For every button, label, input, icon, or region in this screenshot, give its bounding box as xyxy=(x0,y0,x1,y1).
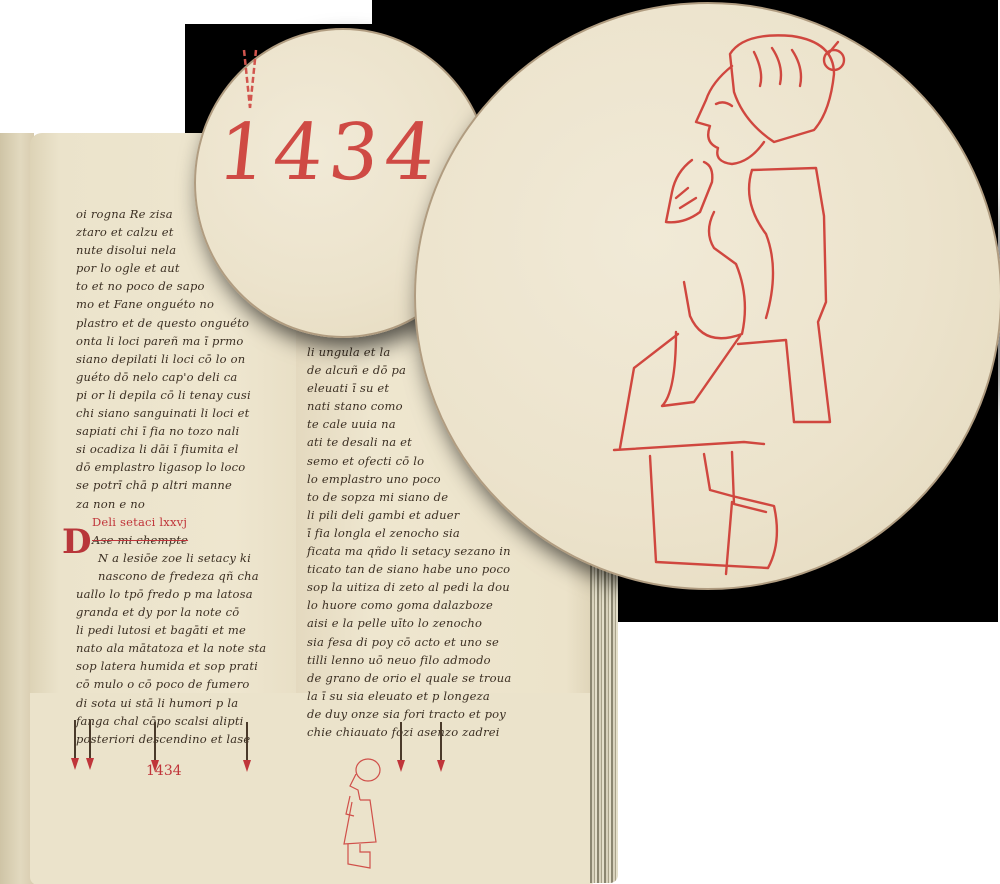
text-line: aisi e la pelle uīto lo zenocho xyxy=(307,614,511,632)
text-line: granda et dy por la note cō xyxy=(76,603,266,621)
margin-pointer xyxy=(246,722,248,760)
struck-line: Ase mi chempte xyxy=(76,531,266,549)
book-spine-left xyxy=(0,133,34,884)
text-line: chi siano sanguinati li loci et xyxy=(76,404,266,422)
margin-pointer xyxy=(89,720,91,758)
text-line: cō mulo o cō poco de fumero xyxy=(76,675,266,693)
text-line: dō emplastro ligasop lo loco xyxy=(76,458,266,476)
text-line: siano depilati li loci cō lo on xyxy=(76,350,266,368)
text-line: se potrī chā p altri manne xyxy=(76,476,266,494)
text-line: lo huore como goma dalazboze xyxy=(307,596,511,614)
text-line: si ocadiza li dāi ī fiumita el xyxy=(76,440,266,458)
text-line: de duy onze sia fori tracto et poy xyxy=(307,705,511,723)
text-line: guéto dō nelo cap'o deli ca xyxy=(76,368,266,386)
text-line: nascono de fredeza qñ cha xyxy=(76,567,266,585)
text-line: uallo lo tpō fredo p ma latosa xyxy=(76,585,266,603)
margin-pointer xyxy=(440,722,442,760)
text-line: za non e no xyxy=(76,495,266,513)
text-line: onta li loci pareñ ma ī prmo xyxy=(76,332,266,350)
text-line: sia fesa di poy cō acto et uno se xyxy=(307,633,511,651)
margin-pointer xyxy=(74,720,76,758)
text-line: mo et Fane onguéto no xyxy=(76,295,266,313)
margin-pointer xyxy=(154,722,156,760)
text-line: tilli lenno uō neuo filo admodo xyxy=(307,651,511,669)
small-kneeling-figure xyxy=(330,752,400,882)
text-line: fanga chal cōpo scalsi alipti xyxy=(76,712,266,730)
text-line: de grano de orio el quale se troua xyxy=(307,669,511,687)
page-edges xyxy=(590,563,618,883)
text-line: posteriori descendino et lase xyxy=(76,730,266,748)
kneeling-praying-figure xyxy=(414,2,998,586)
text-line: plastro et de questo onguéto xyxy=(76,314,266,332)
decorated-initial: D xyxy=(62,522,91,562)
text-line: N a lesiōe zoe li setacy ki xyxy=(76,549,266,567)
rubric-heading: Deli setaci lxxvj xyxy=(76,513,266,531)
margin-pointer xyxy=(400,722,402,760)
text-line: nato ala mātatoza et la note sta xyxy=(76,639,266,657)
text-line: la ī su sia eleuato et p longeza xyxy=(307,687,511,705)
text-line: sop latera humida et sop prati xyxy=(76,657,266,675)
text-line: pi or li depila cō li tenay cusi xyxy=(76,386,266,404)
margin-year: 1434 xyxy=(146,763,182,779)
inset-year-text: 1434 xyxy=(213,108,445,198)
text-line: sapiati chi ī fia no tozo nali xyxy=(76,422,266,440)
text-line: di sota ui stā li humori p la xyxy=(76,694,266,712)
text-line: chie chiauato fozi asenzo zadrei xyxy=(307,723,511,741)
text-line: li pedi lutosi et bagāti et me xyxy=(76,621,266,639)
